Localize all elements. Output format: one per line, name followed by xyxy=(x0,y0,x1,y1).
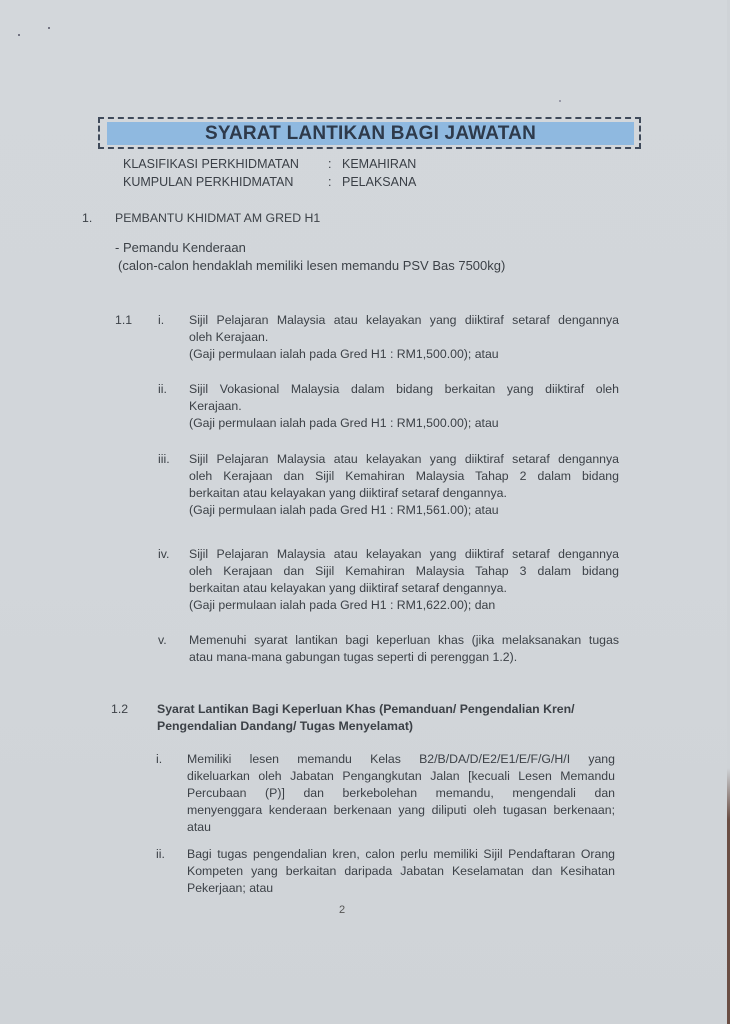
meta-sep: : xyxy=(328,175,342,189)
section-subtitle: - Pemandu Kenderaan xyxy=(115,239,246,256)
document-title: SYARAT LANTIKAN BAGI JAWATAN xyxy=(107,122,634,145)
salary-note: (Gaji permulaan ialah pada Gred H1 : RM1… xyxy=(189,597,619,614)
meta-sep: : xyxy=(328,157,342,171)
heading-line: Syarat Lantikan Bagi Keperluan Khas (Pem… xyxy=(157,701,575,718)
meta-label: KLASIFIKASI PERKHIDMATAN xyxy=(123,157,328,171)
page-number: 2 xyxy=(339,904,345,916)
meta-value: KEMAHIRAN xyxy=(342,157,416,171)
list-item-line: Kompeten yang berkaitan daripada Jabatan… xyxy=(187,863,615,880)
meta-value: PELAKSANA xyxy=(342,175,416,189)
list-item-numeral: ii. xyxy=(158,381,167,398)
meta-row-klasifikasi: KLASIFIKASI PERKHIDMATAN:KEMAHIRAN xyxy=(123,157,416,171)
list-item-line: atau mana-mana gabungan tugas seperti di… xyxy=(189,649,619,666)
section-number: 1. xyxy=(82,210,92,227)
list-item-line: Bagi tugas pengendalian kren, calon perl… xyxy=(187,846,615,863)
list-item-line: oleh Kerajaan dan Sijil Kemahiran Malays… xyxy=(189,563,619,580)
list-item-line: dikeluarkan oleh Jabatan Pengangkutan Ja… xyxy=(187,768,615,785)
list-item: Sijil Pelajaran Malaysia atau kelayakan … xyxy=(189,312,619,363)
section-heading: PEMBANTU KHIDMAT AM GRED H1 xyxy=(115,210,320,227)
heading-line: Pengendalian Dandang/ Tugas Menyelamat) xyxy=(157,718,575,735)
salary-note: (Gaji permulaan ialah pada Gred H1 : RM1… xyxy=(189,415,619,432)
section-note: (calon-calon hendaklah memiliki lesen me… xyxy=(118,257,505,274)
list-item: Memenuhi syarat lantikan bagi keperluan … xyxy=(189,632,619,666)
list-item-line: Pekerjaan; atau xyxy=(187,880,615,897)
scan-speck xyxy=(48,27,50,29)
list-item: Sijil Pelajaran Malaysia atau kelayakan … xyxy=(189,546,619,614)
list-item-numeral: i. xyxy=(158,312,164,329)
list-item-line: berkaitan atau kelayakan yang diiktiraf … xyxy=(189,485,619,502)
list-item-numeral: iv. xyxy=(158,546,169,563)
subsection-number: 1.2 xyxy=(111,701,128,718)
list-item-numeral: ii. xyxy=(156,846,165,863)
list-item: Sijil Pelajaran Malaysia atau kelayakan … xyxy=(189,451,619,519)
list-item-line: Sijil Pelajaran Malaysia atau kelayakan … xyxy=(189,451,619,468)
list-item-numeral: i. xyxy=(156,751,162,768)
meta-label: KUMPULAN PERKHIDMATAN xyxy=(123,175,328,189)
list-item-line: Kerajaan. xyxy=(189,398,619,415)
meta-row-kumpulan: KUMPULAN PERKHIDMATAN:PELAKSANA xyxy=(123,175,416,189)
list-item-line: atau xyxy=(187,819,615,836)
list-item: Sijil Vokasional Malaysia dalam bidang b… xyxy=(189,381,619,432)
list-item-line: menyenggara kenderaan berkenaan yang dil… xyxy=(187,802,615,819)
list-item: Bagi tugas pengendalian kren, calon perl… xyxy=(187,846,615,897)
document-page: SYARAT LANTIKAN BAGI JAWATAN KLASIFIKASI… xyxy=(0,0,727,1024)
list-item-line: Memiliki lesen memandu Kelas B2/B/DA/D/E… xyxy=(187,751,615,768)
salary-note: (Gaji permulaan ialah pada Gred H1 : RM1… xyxy=(189,346,619,363)
list-item-numeral: v. xyxy=(158,632,167,649)
list-item-line: Percubaan (P)] dan berkebolehan memandu,… xyxy=(187,785,615,802)
scan-speck xyxy=(18,34,20,36)
list-item-line: oleh Kerajaan. xyxy=(189,329,619,346)
list-item-line: Memenuhi syarat lantikan bagi keperluan … xyxy=(189,632,619,649)
list-item-line: berkaitan atau kelayakan yang diiktiraf … xyxy=(189,580,619,597)
subsection-number: 1.1 xyxy=(115,312,132,329)
list-item-line: Sijil Vokasional Malaysia dalam bidang b… xyxy=(189,381,619,398)
list-item-line: oleh Kerajaan dan Sijil Kemahiran Malays… xyxy=(189,468,619,485)
list-item-line: Sijil Pelajaran Malaysia atau kelayakan … xyxy=(189,546,619,563)
subsection-heading: Syarat Lantikan Bagi Keperluan Khas (Pem… xyxy=(157,701,575,735)
salary-note: (Gaji permulaan ialah pada Gred H1 : RM1… xyxy=(189,502,619,519)
list-item: Memiliki lesen memandu Kelas B2/B/DA/D/E… xyxy=(187,751,615,836)
scan-speck xyxy=(559,100,561,102)
list-item-line: Sijil Pelajaran Malaysia atau kelayakan … xyxy=(189,312,619,329)
list-item-numeral: iii. xyxy=(158,451,170,468)
